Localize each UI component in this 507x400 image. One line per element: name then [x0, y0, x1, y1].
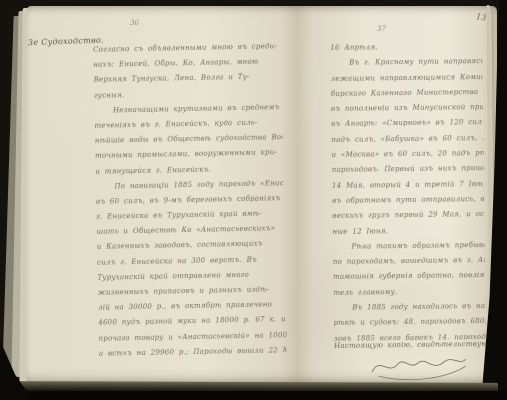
folio-number: 13 [475, 12, 486, 22]
right-page-text: 16 Апрѣля. Въ г. Красному пути направясь… [330, 39, 486, 341]
left-page-number: 36 [130, 19, 139, 27]
left-page-text: Согласно съ объявленными мною въ среди-н… [93, 39, 287, 365]
manuscript-line: зовъ 1885 всего барокъ 14, пароходовъ 19… [334, 330, 486, 341]
manuscript-line: а всѣхъ на 29960 р.; Пароходы вышли 22 М… [99, 343, 287, 362]
signature-flourish [366, 350, 470, 382]
background-shadow [0, 391, 507, 400]
manuscript-photo: 3е Судоходство. 36 37 13 Согласно съ объ… [0, 0, 507, 400]
right-page-number: 37 [377, 25, 386, 33]
